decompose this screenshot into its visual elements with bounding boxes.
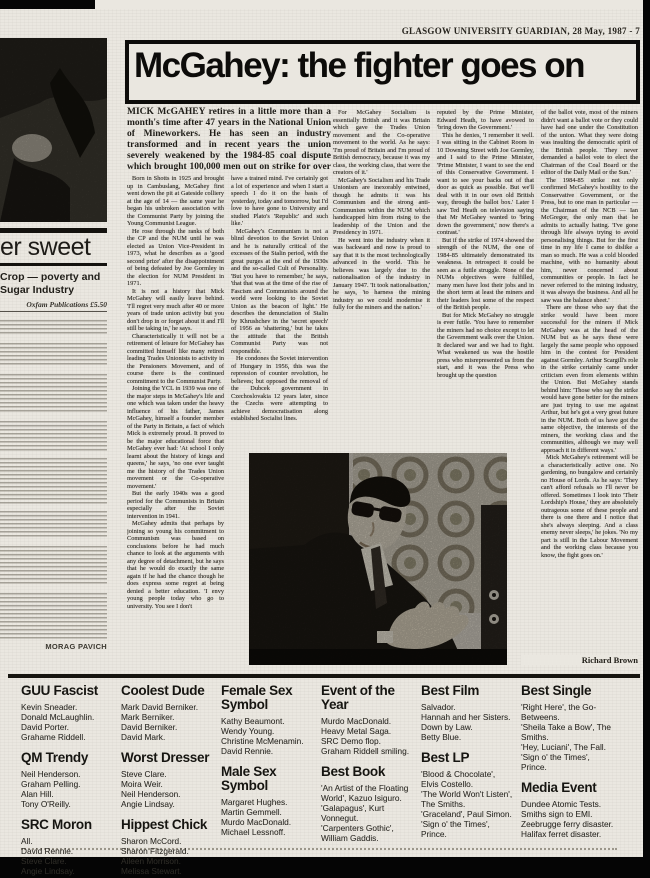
mcgahey-photo <box>249 453 507 665</box>
award-entry: Down by Law. <box>421 722 515 732</box>
illegible-paragraph <box>0 421 107 451</box>
article-paragraph: It is not a history that Mick McGahey wi… <box>127 288 224 333</box>
article-lede: MICK McGAHEY retires in a little more th… <box>127 107 331 171</box>
article-paragraph: Joining the YCL in 1939 was one of the m… <box>127 385 224 490</box>
award-female-sex-symbol: Female Sex Symbol Kathy Beaumont.Wendy Y… <box>221 684 315 756</box>
article-column-4: reputed by the Prime Minister, Edward He… <box>437 109 534 451</box>
award-entry: Smiths sign to EMI. <box>521 809 615 819</box>
masthead: GLASGOW UNIVERSITY GUARDIAN, 28 May, 198… <box>300 26 640 36</box>
award-title: QM Trendy <box>21 751 115 765</box>
award-entry: Michael Lessnoff. <box>221 827 315 837</box>
award-entry: Mark Berniker. <box>121 712 215 722</box>
award-entries: 'An Artist of the Floating World', Kazuo… <box>321 783 415 843</box>
award-title: Best Single <box>521 684 615 698</box>
article-paragraph: The 1984-85 strike not only confirmed Mc… <box>541 177 638 305</box>
article-paragraph: McGahey's Socialism and his Trade Unioni… <box>333 177 430 237</box>
award-title: Best LP <box>421 751 515 765</box>
award-entries: Steve Clare.Moira Weir.Neil Henderson.An… <box>121 769 215 809</box>
award-entry: Alan Hill. <box>21 789 115 799</box>
award-entry: Zeebrugge ferry disaster. <box>521 819 615 829</box>
award-title: Worst Dresser <box>121 751 215 765</box>
award-entry: All. <box>21 836 115 846</box>
left-fragment-standfirst: Crop — poverty andSugar Industry <box>0 271 107 297</box>
award-guu-fascist: GUU Fascist Kevin Sneader.Donald McLaugh… <box>21 684 115 742</box>
awards-column-5: Best Film Salvador.Hannah and her Sister… <box>421 684 515 848</box>
award-title: Best Book <box>321 765 415 779</box>
award-entry: Dundee Atomic Tests. <box>521 799 615 809</box>
standfirst-line: Sugar Industry <box>0 284 107 297</box>
article-paragraph: Born in Shotts in 1925 and brought up in… <box>127 175 224 228</box>
article-column-1: Born in Shotts in 1925 and brought up in… <box>127 175 224 673</box>
article-paragraph: Characteristically it will not be a reti… <box>127 333 224 386</box>
left-fragment-photo <box>0 38 107 222</box>
award-title: Coolest Dude <box>121 684 215 698</box>
award-entries: Murdo MacDonald.Heavy Metal Saga.SRC Dem… <box>321 716 415 756</box>
award-entry: Sharon Fitzgerald. <box>121 846 215 856</box>
award-entry: Neil Henderson. <box>21 769 115 779</box>
award-best-book: Best Book 'An Artist of the Floating Wor… <box>321 765 415 843</box>
award-entry: 'An Artist of the Floating World', Kazuo… <box>321 783 415 803</box>
award-entry: Tony O'Reilly. <box>21 799 115 809</box>
article-paragraph: But if the strike of 1974 showed the str… <box>437 237 534 312</box>
award-entry: SRC Demo flop. <box>321 736 415 746</box>
award-title: GUU Fascist <box>21 684 115 698</box>
award-qm-trendy: QM Trendy Neil Henderson.Graham Pelling.… <box>21 751 115 809</box>
award-title: Best Film <box>421 684 515 698</box>
illegible-paragraph <box>0 593 107 640</box>
article-column-2: have a trained mind. I've certainly got … <box>231 175 328 451</box>
award-event-of-the-year: Event of the Year Murdo MacDonald.Heavy … <box>321 684 415 756</box>
standfirst-line: Crop — poverty and <box>0 271 107 284</box>
award-entry: David Porter. <box>21 722 115 732</box>
left-fragment-illegible-text <box>0 320 107 647</box>
award-entries: All.David Rennie.Steve Clare.Angie Linds… <box>21 836 115 876</box>
awards-column-3: Female Sex Symbol Kathy Beaumont.Wendy Y… <box>221 684 315 846</box>
award-title: SRC Moron <box>21 818 115 832</box>
award-entry: 'Sheila Take a Bow', The Smiths. <box>521 722 615 742</box>
award-entry: 'Right Here', the Go-Betweens. <box>521 702 615 722</box>
award-entry: 'Galapagus', Kurt Vonnegut. <box>321 803 415 823</box>
award-coolest-dude: Coolest Dude Mark David Berniker.Mark Be… <box>121 684 215 742</box>
award-entry: 'Sign o' the Times', Prince. <box>421 819 515 839</box>
award-entry: Aileen Morrison. <box>121 856 215 866</box>
award-entries: Kathy Beaumont.Wendy Young.Christine McM… <box>221 716 315 756</box>
awards-column-4: Event of the Year Murdo MacDonald.Heavy … <box>321 684 415 852</box>
award-entry: 'The World Won't Listen', The Smiths. <box>421 789 515 809</box>
award-entry: Steve Clare. <box>21 856 115 866</box>
article-paragraph: McGahey admits that perhaps by joining s… <box>127 520 224 610</box>
award-entry: Sharon McCord. <box>121 836 215 846</box>
award-entry: Angie Lindsay. <box>21 866 115 876</box>
article-paragraph: have a trained mind. I've certainly got … <box>231 175 328 228</box>
award-title: Female Sex Symbol <box>221 684 315 712</box>
award-entries: Neil Henderson.Graham Pelling.Alan Hill.… <box>21 769 115 809</box>
award-entries: 'Right Here', the Go-Betweens.'Sheila Ta… <box>521 702 615 772</box>
article-column-3: For McGahey Socialism is essentially Bri… <box>333 109 430 451</box>
award-title: Media Event <box>521 781 615 795</box>
award-entry: David Rennie. <box>221 746 315 756</box>
article-paragraph: Mick McGahey's retirement will be a char… <box>541 454 638 559</box>
award-title: Event of the Year <box>321 684 415 712</box>
article-paragraph: For McGahey Socialism is essentially Bri… <box>333 109 430 177</box>
award-entry: 'Sign o' the Times', Prince. <box>521 752 615 772</box>
award-entry: Wendy Young. <box>221 726 315 736</box>
article-paragraph: He went into the industry when it was ba… <box>333 237 430 312</box>
article-paragraph: He condones the Soviet intervention of H… <box>231 355 328 423</box>
award-entry: Christine McMenamin. <box>221 736 315 746</box>
left-fragment-imprint: Oxfam Publications £5.50 <box>0 300 107 312</box>
award-entries: Margaret Hughes.Martin Gemmell.Murdo Mac… <box>221 797 315 837</box>
newspaper-scan-page: er sweet Crop — poverty andSugar Industr… <box>0 0 650 878</box>
illegible-paragraph <box>0 458 107 504</box>
award-entry: Murdo MacDonald. <box>321 716 415 726</box>
award-entry: Mark David Berniker. <box>121 702 215 712</box>
article-paragraph: of the ballot vote, most of the miners d… <box>541 109 638 177</box>
award-best-single: Best Single 'Right Here', the Go-Between… <box>521 684 615 772</box>
article-paragraph: There are those who say that the strike … <box>541 304 638 454</box>
award-entry: 'Blood & Chocolate', Elvis Costello. <box>421 769 515 789</box>
left-fragment-mid-rule <box>0 263 107 266</box>
award-entries: Mark David Berniker.Mark Berniker.David … <box>121 702 215 742</box>
award-entry: Betty Blue. <box>421 732 515 742</box>
award-entry: 'Hey, Luciani', The Fall. <box>521 742 615 752</box>
left-fragment-headline: er sweet <box>0 233 107 262</box>
section-divider-rule <box>8 674 640 678</box>
article-paragraph: McGahey's Communism is not a blind devot… <box>231 228 328 356</box>
award-entry: Donald McLaughlin. <box>21 712 115 722</box>
article-paragraph: This he denies, 'I remember it well. I w… <box>437 132 534 237</box>
award-entry: Steve Clare. <box>121 769 215 779</box>
awards-column-1: GUU Fascist Kevin Sneader.Donald McLaugh… <box>21 684 115 878</box>
article-paragraph: He rose through the ranks of both the CP… <box>127 228 224 288</box>
award-best-film: Best Film Salvador.Hannah and her Sister… <box>421 684 515 742</box>
scan-top-margin <box>95 0 643 9</box>
illegible-paragraph <box>0 546 107 586</box>
awards-column-2: Coolest Dude Mark David Berniker.Mark Be… <box>121 684 215 878</box>
award-worst-dresser: Worst Dresser Steve Clare.Moira Weir.Nei… <box>121 751 215 809</box>
awards-section: GUU Fascist Kevin Sneader.Donald McLaugh… <box>21 684 617 850</box>
illegible-paragraph <box>0 374 107 414</box>
award-entry: Salvador. <box>421 702 515 712</box>
awards-column-6: Best Single 'Right Here', the Go-Between… <box>521 684 615 848</box>
article-body: MICK McGAHEY retires in a little more th… <box>125 107 640 674</box>
illegible-paragraph <box>0 320 107 336</box>
award-hippest-chick: Hippest Chick Sharon McCord.Sharon Fitzg… <box>121 818 215 876</box>
article-byline: Richard Brown <box>521 655 638 665</box>
award-entry: David Berniker. <box>121 722 215 732</box>
article-column-5: of the ballot vote, most of the miners d… <box>541 109 638 647</box>
award-entries: Salvador.Hannah and her Sisters.Down by … <box>421 702 515 742</box>
article-paragraph: But for Mick McGahey no struggle is ever… <box>437 312 534 380</box>
award-entry: Kathy Beaumont. <box>221 716 315 726</box>
left-fragment-byline: MORAG PAVICH <box>0 642 107 651</box>
award-entry: Grahame Riddell. <box>21 732 115 742</box>
award-entry: Graham Pelling. <box>21 779 115 789</box>
award-entry: Hannah and her Sisters. <box>421 712 515 722</box>
article-paragraph: reputed by the Prime Minister, Edward He… <box>437 109 534 132</box>
award-entry: Halifax ferret disaster. <box>521 829 615 839</box>
award-male-sex-symbol: Male Sex Symbol Margaret Hughes.Martin G… <box>221 765 315 837</box>
award-entry: 'Carpenters Gothic', William Gaddis. <box>321 823 415 843</box>
award-entry: 'Graceland', Paul Simon. <box>421 809 515 819</box>
award-title: Hippest Chick <box>121 818 215 832</box>
illegible-paragraph <box>0 511 107 539</box>
award-src-moron: SRC Moron All.David Rennie.Steve Clare.A… <box>21 818 115 876</box>
article-headline: McGahey: the fighter goes on <box>129 44 636 86</box>
award-entry: David Rennie. <box>21 846 115 856</box>
award-entries: Dundee Atomic Tests.Smiths sign to EMI.Z… <box>521 799 615 839</box>
award-best-lp: Best LP 'Blood & Chocolate', Elvis Coste… <box>421 751 515 839</box>
award-entry: Murdo MacDonald. <box>221 817 315 827</box>
award-entry: Neil Henderson. <box>121 789 215 799</box>
award-entry: Melissa Stewart. <box>121 866 215 876</box>
award-entry: David Mark. <box>121 732 215 742</box>
award-entry: Angie Lindsay. <box>121 799 215 809</box>
award-entries: Kevin Sneader.Donald McLaughlin.David Po… <box>21 702 115 742</box>
award-entry: Moira Weir. <box>121 779 215 789</box>
award-entry: Graham Riddell smiling. <box>321 746 415 756</box>
award-entry: Kevin Sneader. <box>21 702 115 712</box>
award-entry: Heavy Metal Saga. <box>321 726 415 736</box>
award-title: Male Sex Symbol <box>221 765 315 793</box>
award-media-event: Media Event Dundee Atomic Tests.Smiths s… <box>521 781 615 839</box>
headline-box: McGahey: the fighter goes on <box>125 40 640 104</box>
award-entry: Martin Gemmell. <box>221 807 315 817</box>
illegible-paragraph <box>0 343 107 367</box>
award-entries: Sharon McCord.Sharon Fitzgerald.Aileen M… <box>121 836 215 876</box>
award-entries: 'Blood & Chocolate', Elvis Costello.'The… <box>421 769 515 839</box>
article-paragraph: But the early 1940s was a good period fo… <box>127 490 224 520</box>
award-entry: Margaret Hughes. <box>221 797 315 807</box>
